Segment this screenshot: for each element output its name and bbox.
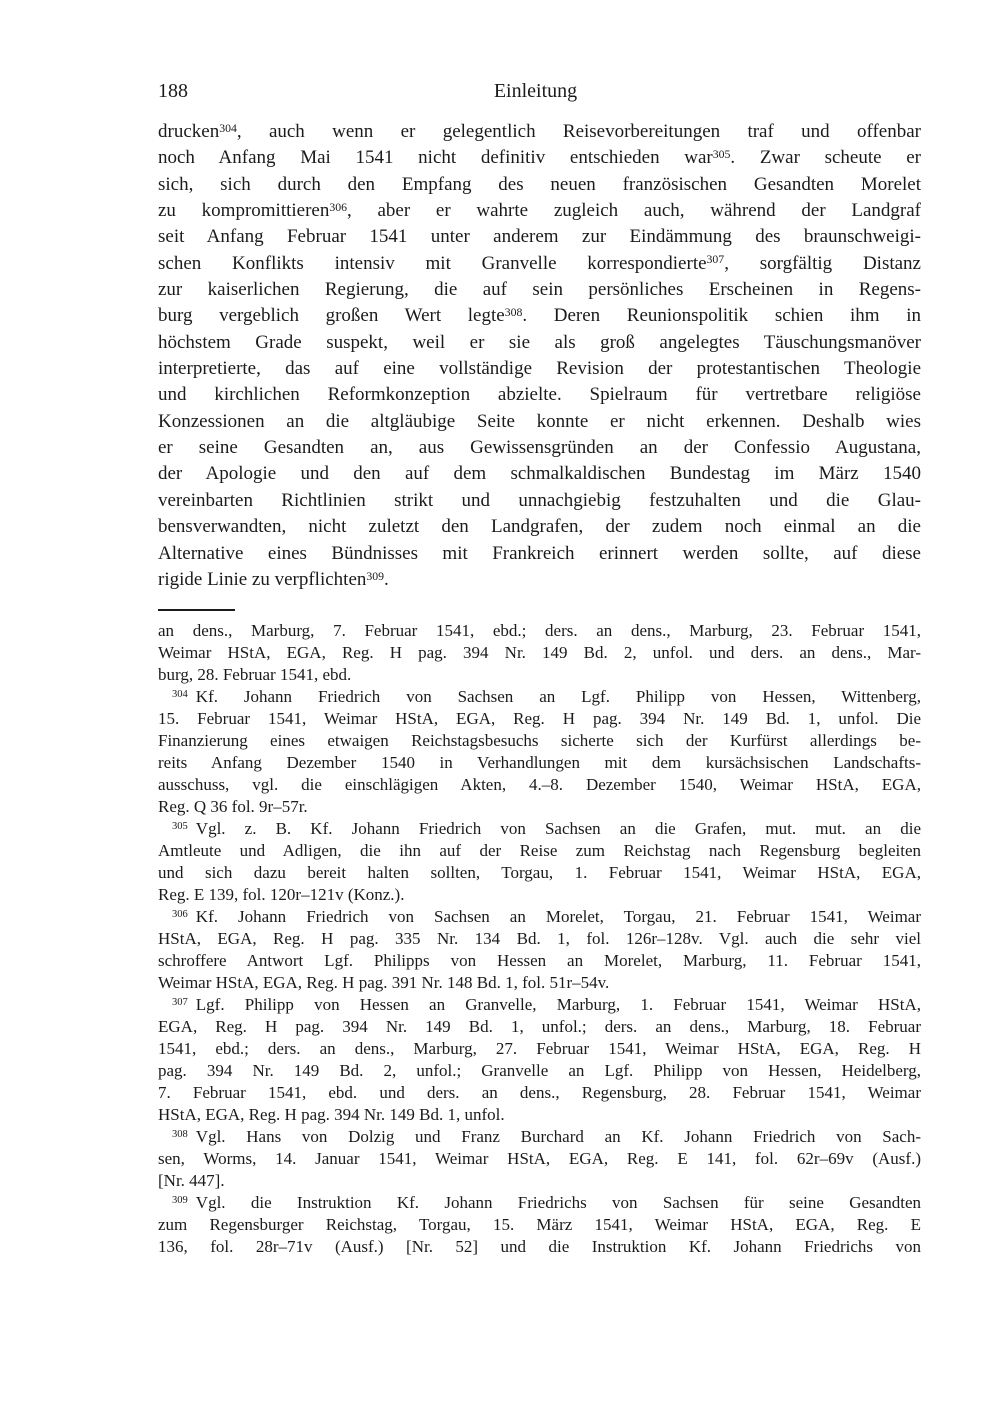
body-line: höchstem Grade suspekt, weil er sie als … xyxy=(158,330,921,356)
footnote-ref: 305 xyxy=(713,148,731,161)
page-header: 188 Einleitung xyxy=(158,80,921,107)
footnote-line: 306Kf. Johann Friedrich von Sachsen an M… xyxy=(158,906,921,928)
footnote-number: 304 xyxy=(172,689,188,700)
footnote-line: 304Kf. Johann Friedrich von Sachsen an L… xyxy=(158,686,921,708)
footnote-line: Finanzierung eines etwaigen Reichstagsbe… xyxy=(158,730,921,752)
body-line: drucken304, auch wenn er gelegentlich Re… xyxy=(158,119,921,145)
footnote-continuation: an dens., Marburg, 7. Februar 1541, ebd.… xyxy=(158,620,921,686)
footnote-line: ausschuss, vgl. die einschlägigen Akten,… xyxy=(158,774,921,796)
body-line: noch Anfang Mai 1541 nicht definitiv ent… xyxy=(158,145,921,171)
body-line: zur kaiserlichen Regierung, die auf sein… xyxy=(158,277,921,303)
footnote-305: 305Vgl. z. B. Kf. Johann Friedrich von S… xyxy=(158,818,921,906)
footnote-number: 305 xyxy=(172,821,188,832)
footnote-line: pag. 394 Nr. 149 Bd. 2, unfol.; Granvell… xyxy=(158,1060,921,1082)
footnote-line: Reg. Q 36 fol. 9r–57r. xyxy=(158,796,921,818)
body-line: sich, sich durch den Empfang des neuen f… xyxy=(158,172,921,198)
footnote-number: 309 xyxy=(172,1195,188,1206)
footnote-309: 309Vgl. die Instruktion Kf. Johann Fried… xyxy=(158,1192,921,1258)
footnote-ref: 309 xyxy=(366,570,384,583)
footnote-line: 308Vgl. Hans von Dolzig und Franz Burcha… xyxy=(158,1126,921,1148)
footnote-line: 136, fol. 28r–71v (Ausf.) [Nr. 52] und d… xyxy=(158,1236,921,1258)
footnote-308: 308Vgl. Hans von Dolzig und Franz Burcha… xyxy=(158,1126,921,1192)
footnote-line: Reg. E 139, fol. 120r–121v (Konz.). xyxy=(158,884,921,906)
running-title: Einleitung xyxy=(158,80,913,103)
footnote-line: burg, 28. Februar 1541, ebd. xyxy=(158,664,921,686)
footnote-line: reits Anfang Dezember 1540 in Verhandlun… xyxy=(158,752,921,774)
footnote-306: 306Kf. Johann Friedrich von Sachsen an M… xyxy=(158,906,921,994)
body-line: bensverwandten, nicht zuletzt den Landgr… xyxy=(158,514,921,540)
body-line: burg vergeblich großen Wert legte308. De… xyxy=(158,303,921,329)
footnote-ref: 304 xyxy=(219,122,237,135)
body-line: seit Anfang Februar 1541 unter anderem z… xyxy=(158,224,921,250)
footnote-line: 1541, ebd.; ders. an dens., Marburg, 27.… xyxy=(158,1038,921,1060)
footnote-separator-rule xyxy=(158,609,235,611)
footnote-line: schroffere Antwort Lgf. Philipps von Hes… xyxy=(158,950,921,972)
footnote-line: sen, Worms, 14. Januar 1541, Weimar HStA… xyxy=(158,1148,921,1170)
footnote-ref: 307 xyxy=(707,253,725,266)
footnote-number: 308 xyxy=(172,1129,188,1140)
footnote-line: 7. Februar 1541, ebd. und ders. an dens.… xyxy=(158,1082,921,1104)
body-line: schen Konflikts intensiv mit Granvelle k… xyxy=(158,251,921,277)
footnote-line: 309Vgl. die Instruktion Kf. Johann Fried… xyxy=(158,1192,921,1214)
footnote-line: Weimar HStA, EGA, Reg. H pag. 394 Nr. 14… xyxy=(158,642,921,664)
footnote-line: EGA, Reg. H pag. 394 Nr. 149 Bd. 1, unfo… xyxy=(158,1016,921,1038)
body-line: und kirchlichen Reformkonzeption abzielt… xyxy=(158,382,921,408)
body-line: rigide Linie zu verpflichten309. xyxy=(158,567,921,593)
body-line: vereinbarten Richtlinien strikt und unna… xyxy=(158,488,921,514)
body-line: interpretierte, das auf eine vollständig… xyxy=(158,356,921,382)
body-line: der Apologie und den auf dem schmalkaldi… xyxy=(158,461,921,487)
footnote-line: HStA, EGA, Reg. H pag. 335 Nr. 134 Bd. 1… xyxy=(158,928,921,950)
body-line: Alternative eines Bündnisses mit Frankre… xyxy=(158,541,921,567)
footnote-number: 306 xyxy=(172,909,188,920)
footnote-ref: 306 xyxy=(329,201,347,214)
footnote-ref: 308 xyxy=(505,306,523,319)
footnote-number: 307 xyxy=(172,997,188,1008)
footnote-line: 305Vgl. z. B. Kf. Johann Friedrich von S… xyxy=(158,818,921,840)
footnote-line: 307Lgf. Philipp von Hessen an Granvelle,… xyxy=(158,994,921,1016)
footnote-line: Amtleute und Adligen, die ihn auf der Re… xyxy=(158,840,921,862)
body-line: er seine Gesandten an, aus Gewissensgrün… xyxy=(158,435,921,461)
footnote-304: 304Kf. Johann Friedrich von Sachsen an L… xyxy=(158,686,921,818)
footnote-line: an dens., Marburg, 7. Februar 1541, ebd.… xyxy=(158,620,921,642)
footnote-line: zum Regensburger Reichstag, Torgau, 15. … xyxy=(158,1214,921,1236)
book-page: 188 Einleitung drucken304, auch wenn er … xyxy=(0,0,1004,1418)
footnote-line: Weimar HStA, EGA, Reg. H pag. 391 Nr. 14… xyxy=(158,972,921,994)
body-line: zu kompromittieren306, aber er wahrte zu… xyxy=(158,198,921,224)
body-line: Konzessionen an die altgläubige Seite ko… xyxy=(158,409,921,435)
footnote-line: und sich dazu bereit halten sollten, Tor… xyxy=(158,862,921,884)
footnote-307: 307Lgf. Philipp von Hessen an Granvelle,… xyxy=(158,994,921,1126)
footnotes-block: an dens., Marburg, 7. Februar 1541, ebd.… xyxy=(158,620,921,1258)
footnote-line: [Nr. 447]. xyxy=(158,1170,921,1192)
footnote-line: 15. Februar 1541, Weimar HStA, EGA, Reg.… xyxy=(158,708,921,730)
footnote-line: HStA, EGA, Reg. H pag. 394 Nr. 149 Bd. 1… xyxy=(158,1104,921,1126)
body-text: drucken304, auch wenn er gelegentlich Re… xyxy=(158,119,921,593)
